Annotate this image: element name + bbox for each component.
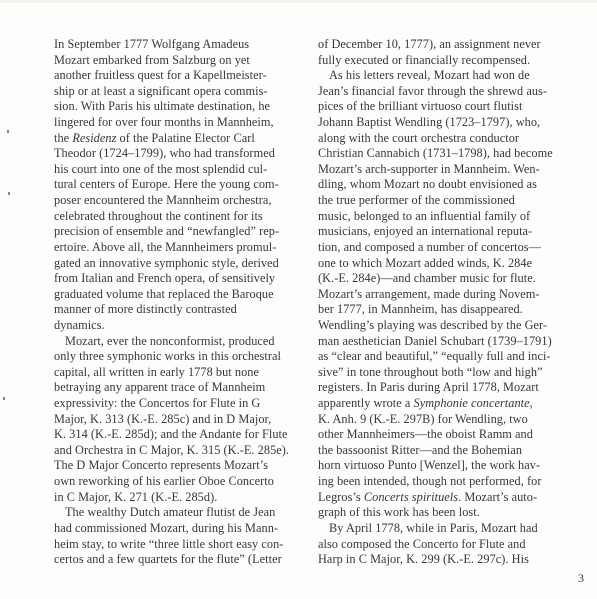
left-text-column: In September 1777 Wolfgang AmadeusMozart… xyxy=(54,37,304,568)
text-line: manner of more distinctly contrasted xyxy=(54,302,304,318)
text-line: ber 1777, in Mannheim, has disappeared. xyxy=(318,302,578,318)
text-line: of December 10, 1777), an assignment nev… xyxy=(318,37,578,53)
italic-title: Symphonie concertante xyxy=(414,396,530,410)
text-line: As his letters reveal, Mozart had won de xyxy=(318,68,578,84)
text-line: fully executed or financially recompense… xyxy=(318,53,578,69)
text-line: his court into one of the most splendid … xyxy=(54,162,304,178)
text-line: horn virtuoso Punto [Wenzel], the work h… xyxy=(318,458,578,474)
text-line: expressivity: the Concertos for Flute in… xyxy=(54,396,304,412)
text-line: only three symphonic works in this orche… xyxy=(54,349,304,365)
text-line: musicians, enjoyed an international repu… xyxy=(318,224,578,240)
text-line: the true performer of the commissioned xyxy=(318,193,578,209)
italic-title: Residenz xyxy=(72,131,116,145)
text-line: from Italian and French opera, of sensit… xyxy=(54,271,304,287)
text-line: Mozart, ever the nonconformist, produced xyxy=(54,334,304,350)
text-line: had commissioned Mozart, during his Mann… xyxy=(54,521,304,537)
text-line: precision of ensemble and “newfangled” r… xyxy=(54,224,304,240)
page-top-edge xyxy=(0,0,597,3)
text-line: along with the court orchestra conductor xyxy=(318,131,578,147)
right-text-column: of December 10, 1777), an assignment nev… xyxy=(318,37,578,568)
text-line: Mozart embarked from Salzburg on yet xyxy=(54,53,304,69)
text-line: In September 1777 Wolfgang Amadeus xyxy=(54,37,304,53)
text-line: in C Major, K. 271 (K.-E. 285d). xyxy=(54,490,304,506)
text-line: own reworking of his earlier Oboe Concer… xyxy=(54,474,304,490)
text-line: poser encountered the Mannheim orchestra… xyxy=(54,193,304,209)
text-line: pices of the brilliant virtuoso court fl… xyxy=(318,99,578,115)
text-line: another fruitless quest for a Kapellmeis… xyxy=(54,68,304,84)
text-line: tion, and composed a number of concertos… xyxy=(318,240,578,256)
text-line: Mozart’s arch-supporter in Mannheim. Wen… xyxy=(318,162,578,178)
text-line: Major, K. 313 (K.-E. 285c) and in D Majo… xyxy=(54,412,304,428)
text-line: (K.-E. 284e)—and chamber music for flute… xyxy=(318,271,578,287)
text-line: The D Major Concerto represents Mozart’s xyxy=(54,458,304,474)
text-line: celebrated throughout the continent for … xyxy=(54,209,304,225)
text-line: K. Anh. 9 (K.-E. 297B) for Wendling, two xyxy=(318,412,578,428)
text-line: man aesthetician Daniel Schubart (1739–1… xyxy=(318,334,578,350)
text-line: registers. In Paris during April 1778, M… xyxy=(318,380,578,396)
text-line: also composed the Concerto for Flute and xyxy=(318,537,578,553)
text-line: lingered for over four months in Mannhei… xyxy=(54,115,304,131)
text-line: music, belonged to an influential family… xyxy=(318,209,578,225)
italic-title: Concerts spirituels xyxy=(364,490,458,504)
text-line: sive” in tone throughout both “low and h… xyxy=(318,365,578,381)
text-line: gated an innovative symphonic style, der… xyxy=(54,256,304,272)
page-number: 3 xyxy=(578,571,584,586)
text-line: as “clear and beautiful,” “equally full … xyxy=(318,349,578,365)
text-line: apparently wrote a Symphonie concertante… xyxy=(318,396,578,412)
text-line: capital, all written in early 1778 but n… xyxy=(54,365,304,381)
text-line: graph of this work has been lost. xyxy=(318,505,578,521)
text-line: heim stay, to write “three little short … xyxy=(54,537,304,553)
text-line: Jean’s financial favor through the shrew… xyxy=(318,84,578,100)
text-line: the bassoonist Ritter—and the Bohemian xyxy=(318,443,578,459)
text-line: betraying any apparent trace of Mannheim xyxy=(54,380,304,396)
text-line: one to which Mozart added winds, K. 284e xyxy=(318,256,578,272)
text-line: K. 314 (K.-E. 285d); and the Andante for… xyxy=(54,427,304,443)
text-line: ing been intended, though not performed,… xyxy=(318,474,578,490)
text-line: Johann Baptist Wendling (1723–1797), who… xyxy=(318,115,578,131)
text-line: Legros’s Concerts spirituels. Mozart’s a… xyxy=(318,490,578,506)
text-line: Theodor (1724–1799), who had transformed xyxy=(54,146,304,162)
text-line: The wealthy Dutch amateur flutist de Jea… xyxy=(54,505,304,521)
text-line: graduated volume that replaced the Baroq… xyxy=(54,287,304,303)
text-line: ship or at least a significant opera com… xyxy=(54,84,304,100)
text-line: Harp in C Major, K. 299 (K.-E. 297c). Hi… xyxy=(318,552,578,568)
text-line: By April 1778, while in Paris, Mozart ha… xyxy=(318,521,578,537)
text-line: dynamics. xyxy=(54,318,304,334)
text-line: Wendling’s playing was described by the … xyxy=(318,318,578,334)
margin-mark xyxy=(8,192,10,195)
margin-mark xyxy=(3,397,5,400)
text-line: dling, whom Mozart no doubt envisioned a… xyxy=(318,177,578,193)
text-line: other Mannheimers—the oboist Ramm and xyxy=(318,427,578,443)
text-line: certos and a few quartets for the flute”… xyxy=(54,552,304,568)
text-line: and Orchestra in C Major, K. 315 (K.-E. … xyxy=(54,443,304,459)
text-line: Christian Cannabich (1731–1798), had bec… xyxy=(318,146,578,162)
text-line: sion. With Paris his ultimate destinatio… xyxy=(54,99,304,115)
text-line: ertoire. Above all, the Mannheimers prom… xyxy=(54,240,304,256)
text-line: tural centers of Europe. Here the young … xyxy=(54,177,304,193)
text-line: Mozart’s arrangement, made during Novem- xyxy=(318,287,578,303)
text-line: the Residenz of the Palatine Elector Car… xyxy=(54,131,304,147)
margin-mark xyxy=(7,130,9,133)
